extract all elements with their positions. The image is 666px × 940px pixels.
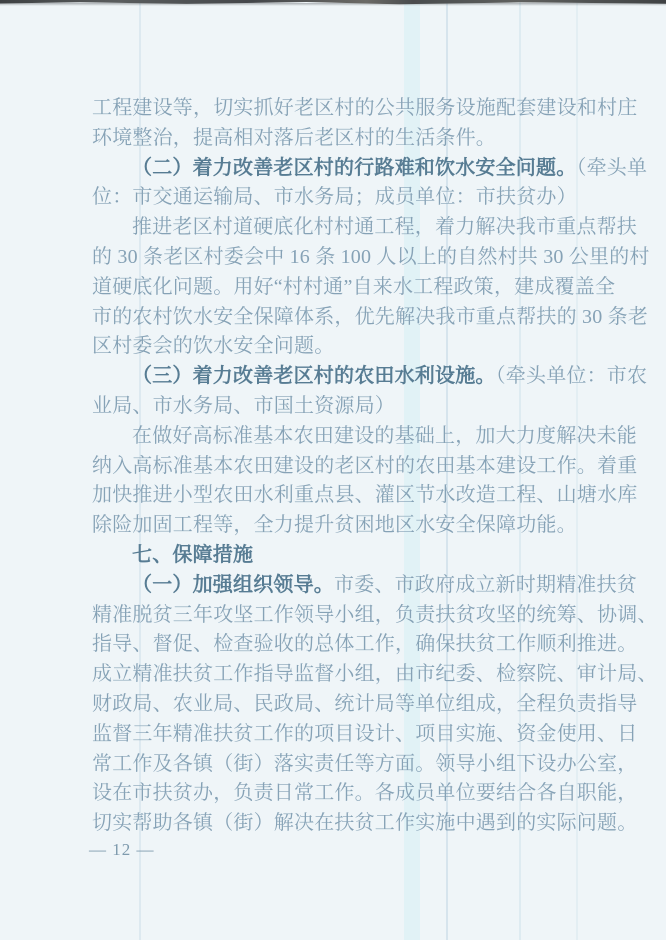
- page-number: — 12 —: [89, 840, 155, 860]
- document-line: 财政局、农业局、民政局、统计局等单位组成，全程负责指导: [92, 690, 592, 720]
- scanner-top-edge-shadow: [0, 3, 666, 6]
- document-line: 推进老区村道硬底化村村通工程，着力解决我市重点帮扶: [92, 213, 592, 243]
- body-text: 指导、督促、检查验收的总体工作，确保扶贫工作顺利推进。: [92, 633, 637, 655]
- document-line: 在做好高标准基本农田建设的基础上，加大力度解决未能: [92, 422, 592, 452]
- body-text: 位：市交通运输局、市水务局；成员单位：市扶贫办）: [92, 186, 577, 208]
- body-text: 精准脱贫三年攻坚工作领导小组，负责扶贫攻坚的统筹、协调、: [92, 604, 658, 626]
- document-line: 工程建设等，切实抓好老区村的公共服务设施配套建设和村庄: [92, 94, 592, 124]
- body-text: 除险加固工程等，全力提升贫困地区水安全保障功能。: [92, 514, 577, 536]
- document-line: 环境整治，提高相对落后老区村的生活条件。: [92, 124, 592, 154]
- body-text: 在做好高标准基本农田建设的基础上，加大力度解决未能: [132, 425, 637, 447]
- document-line: 业局、市水务局、市国土资源局）: [92, 392, 592, 422]
- document-line: 监督三年精准扶贫工作的项目设计、项目实施、资金使用、日: [92, 720, 592, 750]
- document-line: 区村委会的饮水安全问题。: [92, 332, 592, 362]
- heading-text: （二）着力改善老区村的行路难和饮水安全问题。: [132, 157, 576, 179]
- document-line: 七、保障措施: [92, 541, 592, 571]
- body-text: 常工作及各镇（街）落实责任等方面。领导小组下设办公室，: [92, 753, 637, 775]
- body-text: 区村委会的饮水安全问题。: [92, 335, 334, 357]
- body-text: 推进老区村道硬底化村村通工程，着力解决我市重点帮扶: [132, 216, 637, 238]
- body-text: 成立精准扶贫工作指导监督小组，由市纪委、检察院、审计局、: [92, 663, 658, 685]
- body-text: 工程建设等，切实抓好老区村的公共服务设施配套建设和村庄: [92, 97, 637, 119]
- body-text: 纳入高标准基本农田建设的老区村的农田基本建设工作。着重: [92, 455, 637, 477]
- body-text: 市的农村饮水安全保障体系，优先解决我市重点帮扶的 30 条老: [92, 306, 648, 328]
- heading-text: （一）加强组织领导。: [132, 574, 334, 596]
- document-line: 切实帮助各镇（街）解决在扶贫工作实施中遇到的实际问题。: [92, 809, 592, 839]
- document-line: 加快推进小型农田水利重点县、灌区节水改造工程、山塘水库: [92, 481, 592, 511]
- body-text: 监督三年精准扶贫工作的项目设计、项目实施、资金使用、日: [92, 723, 637, 745]
- document-line: 位：市交通运输局、市水务局；成员单位：市扶贫办）: [92, 183, 592, 213]
- heading-text: 七、保障措施: [132, 544, 253, 566]
- body-text: 加快推进小型农田水利重点县、灌区节水改造工程、山塘水库: [92, 484, 637, 506]
- body-text: （牵头单位：市农: [496, 365, 648, 387]
- document-line: 纳入高标准基本农田建设的老区村的农田基本建设工作。着重: [92, 452, 592, 482]
- heading-text: （三）着力改善老区村的农田水利设施。: [132, 365, 496, 387]
- document-body-text: 工程建设等，切实抓好老区村的公共服务设施配套建设和村庄环境整治，提高相对落后老区…: [92, 94, 592, 839]
- body-text: （牵头单: [576, 157, 647, 179]
- document-line: 道硬底化问题。用好“村村通”自来水工程政策，建成覆盖全: [92, 273, 592, 303]
- scanned-document-page: 工程建设等，切实抓好老区村的公共服务设施配套建设和村庄环境整治，提高相对落后老区…: [0, 0, 666, 940]
- document-line: （二）着力改善老区村的行路难和饮水安全问题。（牵头单: [92, 154, 592, 184]
- document-line: 指导、督促、检查验收的总体工作，确保扶贫工作顺利推进。: [92, 630, 592, 660]
- body-text: 设在市扶贫办，负责日常工作。各成员单位要结合各自职能，: [92, 782, 637, 804]
- body-text: 业局、市水务局、市国土资源局）: [92, 395, 395, 417]
- document-line: 设在市扶贫办，负责日常工作。各成员单位要结合各自职能，: [92, 779, 592, 809]
- body-text: 的 30 条老区村委会中 16 条 100 人以上的自然村共 30 公里的村: [92, 246, 650, 268]
- document-line: （一）加强组织领导。市委、市政府成立新时期精准扶贫: [92, 571, 592, 601]
- body-text: 市委、市政府成立新时期精准扶贫: [334, 574, 637, 596]
- document-line: 成立精准扶贫工作指导监督小组，由市纪委、检察院、审计局、: [92, 660, 592, 690]
- document-line: 除险加固工程等，全力提升贫困地区水安全保障功能。: [92, 511, 592, 541]
- document-line: 的 30 条老区村委会中 16 条 100 人以上的自然村共 30 公里的村: [92, 243, 592, 273]
- body-text: 环境整治，提高相对落后老区村的生活条件。: [92, 127, 496, 149]
- body-text: 财政局、农业局、民政局、统计局等单位组成，全程负责指导: [92, 693, 637, 715]
- document-line: （三）着力改善老区村的农田水利设施。（牵头单位：市农: [92, 362, 592, 392]
- document-line: 市的农村饮水安全保障体系，优先解决我市重点帮扶的 30 条老: [92, 303, 592, 333]
- body-text: 道硬底化问题。用好“村村通”自来水工程政策，建成覆盖全: [92, 276, 615, 298]
- body-text: 切实帮助各镇（街）解决在扶贫工作实施中遇到的实际问题。: [92, 812, 637, 834]
- document-line: 常工作及各镇（街）落实责任等方面。领导小组下设办公室，: [92, 750, 592, 780]
- document-line: 精准脱贫三年攻坚工作领导小组，负责扶贫攻坚的统筹、协调、: [92, 601, 592, 631]
